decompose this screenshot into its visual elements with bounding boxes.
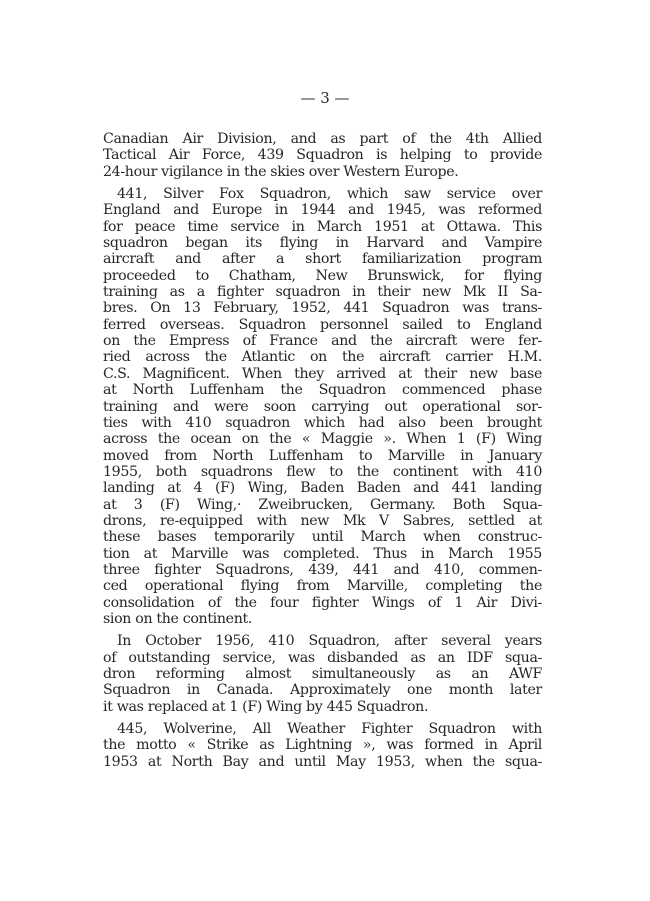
- text-line: 24-hour vigilance in the skies over West…: [103, 164, 542, 180]
- text-line: across the ocean on the « Maggie ». When…: [103, 431, 542, 447]
- text-line: dron reforming almost simultaneously as …: [103, 666, 542, 682]
- text-line: proceeded to Chatham, New Brunswick, for…: [103, 268, 542, 284]
- text-line: England and Europe in 1944 and 1945, was…: [103, 202, 542, 218]
- text-line: squadron began its flying in Harvard and…: [103, 235, 542, 251]
- text-line: of outstanding service, was disbanded as…: [103, 650, 542, 666]
- text-line: ferred overseas. Squadron personnel sail…: [103, 317, 542, 333]
- document-page: — 3 — Canadian Air Division, and as part…: [0, 0, 650, 901]
- text-line: ried across the Atlantic on the aircraft…: [103, 349, 542, 365]
- text-line: Canadian Air Division, and as part of th…: [103, 131, 542, 147]
- text-line: sion on the continent.: [103, 611, 542, 627]
- text-line: ced operational flying from Marville, co…: [103, 578, 542, 594]
- paragraph-2: 441, Silver Fox Squadron, which saw serv…: [103, 186, 542, 627]
- text-line: 1955, both squadrons flew to the contine…: [103, 464, 542, 480]
- text-line: it was replaced at 1 (F) Wing by 445 Squ…: [103, 699, 542, 715]
- text-line: Tactical Air Force, 439 Squadron is help…: [103, 147, 542, 163]
- text-line: aircraft and after a short familiarizati…: [103, 251, 542, 267]
- text-line: three fighter Squadrons, 439, 441 and 41…: [103, 562, 542, 578]
- text-line: C.S. Magnificent. When they arrived at t…: [103, 366, 542, 382]
- text-line: 1953 at North Bay and until May 1953, wh…: [103, 754, 542, 770]
- text-line: consolidation of the four fighter Wings …: [103, 595, 542, 611]
- text-line: ties with 410 squadron which had also be…: [103, 415, 542, 431]
- text-line: drons, re-equipped with new Mk V Sabres,…: [103, 513, 542, 529]
- text-line: at North Luffenham the Squadron commence…: [103, 382, 542, 398]
- text-line: on the Empress of France and the aircraf…: [103, 333, 542, 349]
- text-line: training as a fighter squadron in their …: [103, 284, 542, 300]
- text-line: for peace time service in March 1951 at …: [103, 219, 542, 235]
- text-line: landing at 4 (F) Wing, Baden Baden and 4…: [103, 480, 542, 496]
- text-line: moved from North Luffenham to Marville i…: [103, 448, 542, 464]
- text-line: 445, Wolverine, All Weather Fighter Squa…: [103, 721, 542, 737]
- text-line: bres. On 13 February, 1952, 441 Squadron…: [103, 300, 542, 316]
- text-line: In October 1956, 410 Squadron, after sev…: [103, 633, 542, 649]
- text-line: Squadron in Canada. Approximately one mo…: [103, 682, 542, 698]
- paragraph-4: 445, Wolverine, All Weather Fighter Squa…: [103, 721, 542, 770]
- text-line: 441, Silver Fox Squadron, which saw serv…: [103, 186, 542, 202]
- text-line: training and were soon carrying out oper…: [103, 399, 542, 415]
- paragraph-1: Canadian Air Division, and as part of th…: [103, 131, 542, 180]
- page-number: — 3 —: [0, 89, 650, 107]
- body-text: Canadian Air Division, and as part of th…: [103, 131, 542, 776]
- paragraph-3: In October 1956, 410 Squadron, after sev…: [103, 633, 542, 715]
- text-line: at 3 (F) Wing,· Zweibrucken, Germany. Bo…: [103, 497, 542, 513]
- text-line: tion at Marville was completed. Thus in …: [103, 546, 542, 562]
- text-line: these bases temporarily until March when…: [103, 529, 542, 545]
- text-line: the motto « Strike as Lightning », was f…: [103, 737, 542, 753]
